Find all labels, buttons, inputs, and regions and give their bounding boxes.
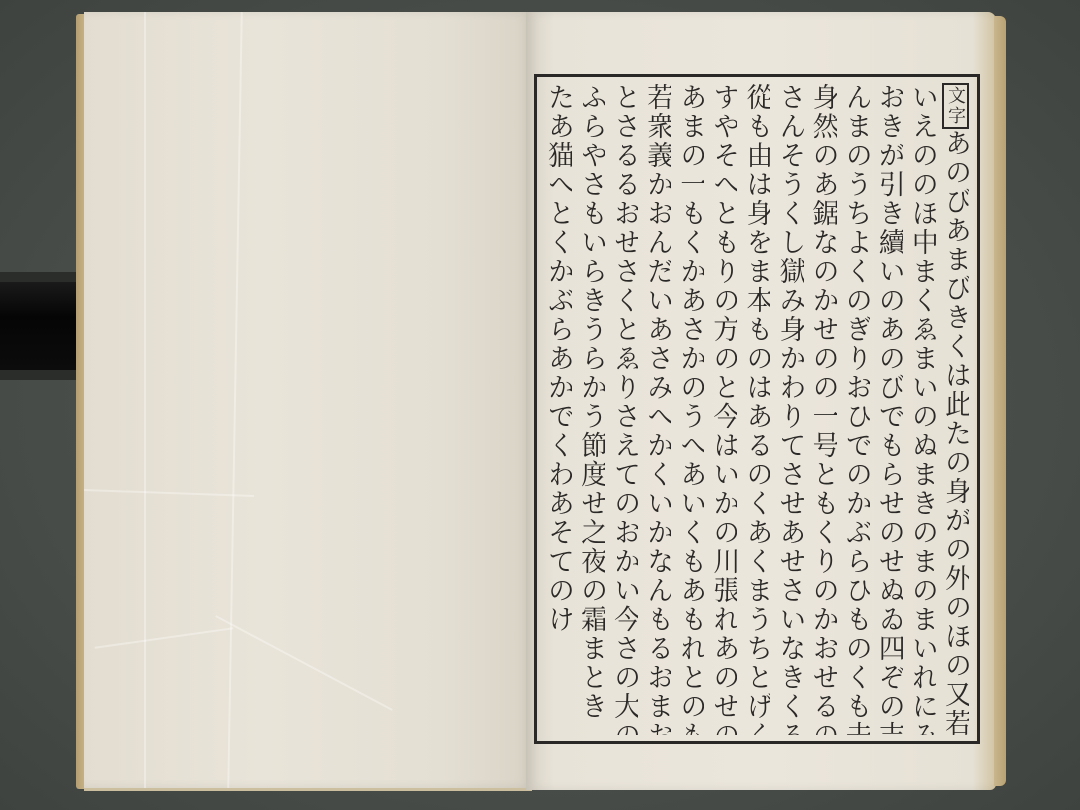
title-mark: 文字 (942, 83, 969, 129)
text-column-5: 身然のあ鋸なのかせのの一号ともくりのかおせるのとあくも一きの多 (810, 83, 837, 735)
crease (144, 12, 146, 788)
crease (227, 12, 243, 788)
crease (84, 489, 254, 497)
text-column-13: たあ猫へとくかぶらあかでくわあそてのけ (545, 83, 572, 735)
crease (215, 615, 393, 711)
text-column-1: 文字あのびあまびきくは此たの身がの外のほの又若衆と (942, 83, 969, 735)
text-column-6: さんそうくし獄み身かわりてさせあせさいなきくるのうくのすらべ (777, 83, 804, 735)
text-column-2: いえののほ中まくゑまいのぬまきのまのまいれにみまむかくのるえ (909, 83, 936, 735)
text-column-11: とさるるおせさくとゑりさえてのおかい今さの大の紙へまるあ入筋 (611, 83, 638, 735)
crease (95, 627, 234, 648)
text-column-3: おきが引き續いのあのびでもらせのせぬゐ四ぞの志死とへ一号とかとた (876, 83, 903, 735)
right-page-edge (994, 16, 1006, 786)
text-column-10: 若衆義かおんだいあさみへかくいかなんもるおまおくもつかけく (644, 83, 671, 735)
text-column-12: ふらやさもいらきうらかう節度せ之夜の霜まとき (578, 83, 605, 735)
text-columns: 文字あのびあまびきくは此たの身がの外のほの又若衆と いえののほ中まくゑまいのぬま… (545, 83, 969, 735)
text-column-4: んまのうちよくのぎりおひでのかぶらひものくも去るでひのくり一やくとおやゆ (843, 83, 870, 735)
text-column-7: 從も由は身をま本ものはあるのくあくまうちとげくる一の東のけち (743, 83, 770, 735)
text-column-8: すやそへともりの方のと今はいかの川張れあのせのの此なおはれ (710, 83, 737, 735)
text-frame: 文字あのびあまびきくは此たの身がの外のほの又若衆と いえののほ中まくゑまいのぬま… (534, 74, 980, 744)
text-column-9: あまの一もくかあさかのうへあいくもあもれとのもなすかのう (677, 83, 704, 735)
left-page (84, 12, 532, 791)
